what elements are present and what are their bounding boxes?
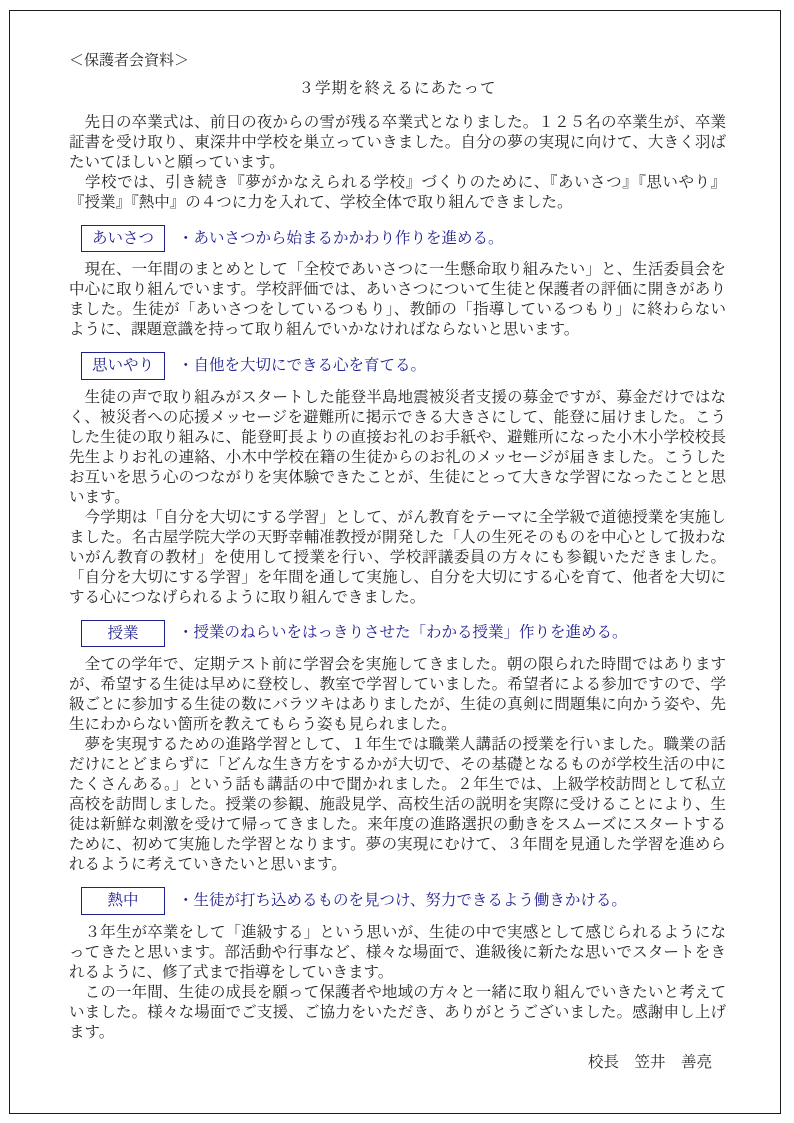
paragraph: 生徒の声で取り組みがスタートした能登半島地震被災者支援の募金ですが、募金だけでは… [69,388,726,508]
section-header-jugyou: 授業 ・授業のねらいをはっきりさせた「わかる授業」作りを進める。 [81,620,726,647]
section-slogan: ・生徒が打ち込めるものを見つけ、努力できるよう働きかける。 [178,891,627,911]
signature: 校長 笠井 善亮 [69,1053,726,1073]
section-label-box: あいさつ [81,225,165,252]
section-header-aisatsu: あいさつ ・あいさつから始まるかかわり作りを進める。 [81,225,726,252]
paragraph: 全ての学年で、定期テスト前に学習会を実施してきました。朝の限られた時間ではありま… [69,655,726,735]
section-label-box: 思いやり [81,352,165,379]
closing-paragraph: この一年間、生徒の成長を願って保護者や地域の方々と一緒に取り組んでいきたいと考え… [69,983,726,1043]
page-title: ３学期を終えるにあたって [69,79,726,99]
section-header-omoiyari: 思いやり ・自他を大切にできる心を育てる。 [81,352,726,379]
section-label-box: 授業 [81,620,165,647]
paragraph: ３年生が卒業をして「進級する」という思いが、生徒の中で実感として感じられるように… [69,923,726,983]
paragraph: 夢を実現するための進路学習として、１年生では職業人講話の授業を行いました。職業の… [69,735,726,875]
intro-block: 先日の卒業式は、前日の夜からの雪が残る卒業式となりました。１２５名の卒業生が、卒… [69,113,726,213]
paragraph: 現在、一年間のまとめとして「全校であいさつに一生懸命取り組みたい」と、生活委員会… [69,260,726,340]
section-slogan: ・あいさつから始まるかかわり作りを進める。 [178,229,504,249]
doc-label: ＜保護者会資料＞ [69,51,726,71]
paragraph: 学校では、引き続き『夢がかなえられる学校』づくりのために、『あいさつ』『思いやり… [69,173,726,213]
section-header-netchuu: 熱中 ・生徒が打ち込めるものを見つけ、努力できるよう働きかける。 [81,887,726,914]
paragraph: 今学期は「自分を大切にする学習」として、がん教育をテーマに全学級で道徳授業を実施… [69,508,726,608]
paragraph: 先日の卒業式は、前日の夜からの雪が残る卒業式となりました。１２５名の卒業生が、卒… [69,113,726,173]
section-label-box: 熱中 [81,887,165,914]
document-page: ＜保護者会資料＞ ３学期を終えるにあたって 先日の卒業式は、前日の夜からの雪が残… [9,10,781,1114]
section-slogan: ・授業のねらいをはっきりさせた「わかる授業」作りを進める。 [178,623,628,643]
section-slogan: ・自他を大切にできる心を育てる。 [178,356,426,376]
